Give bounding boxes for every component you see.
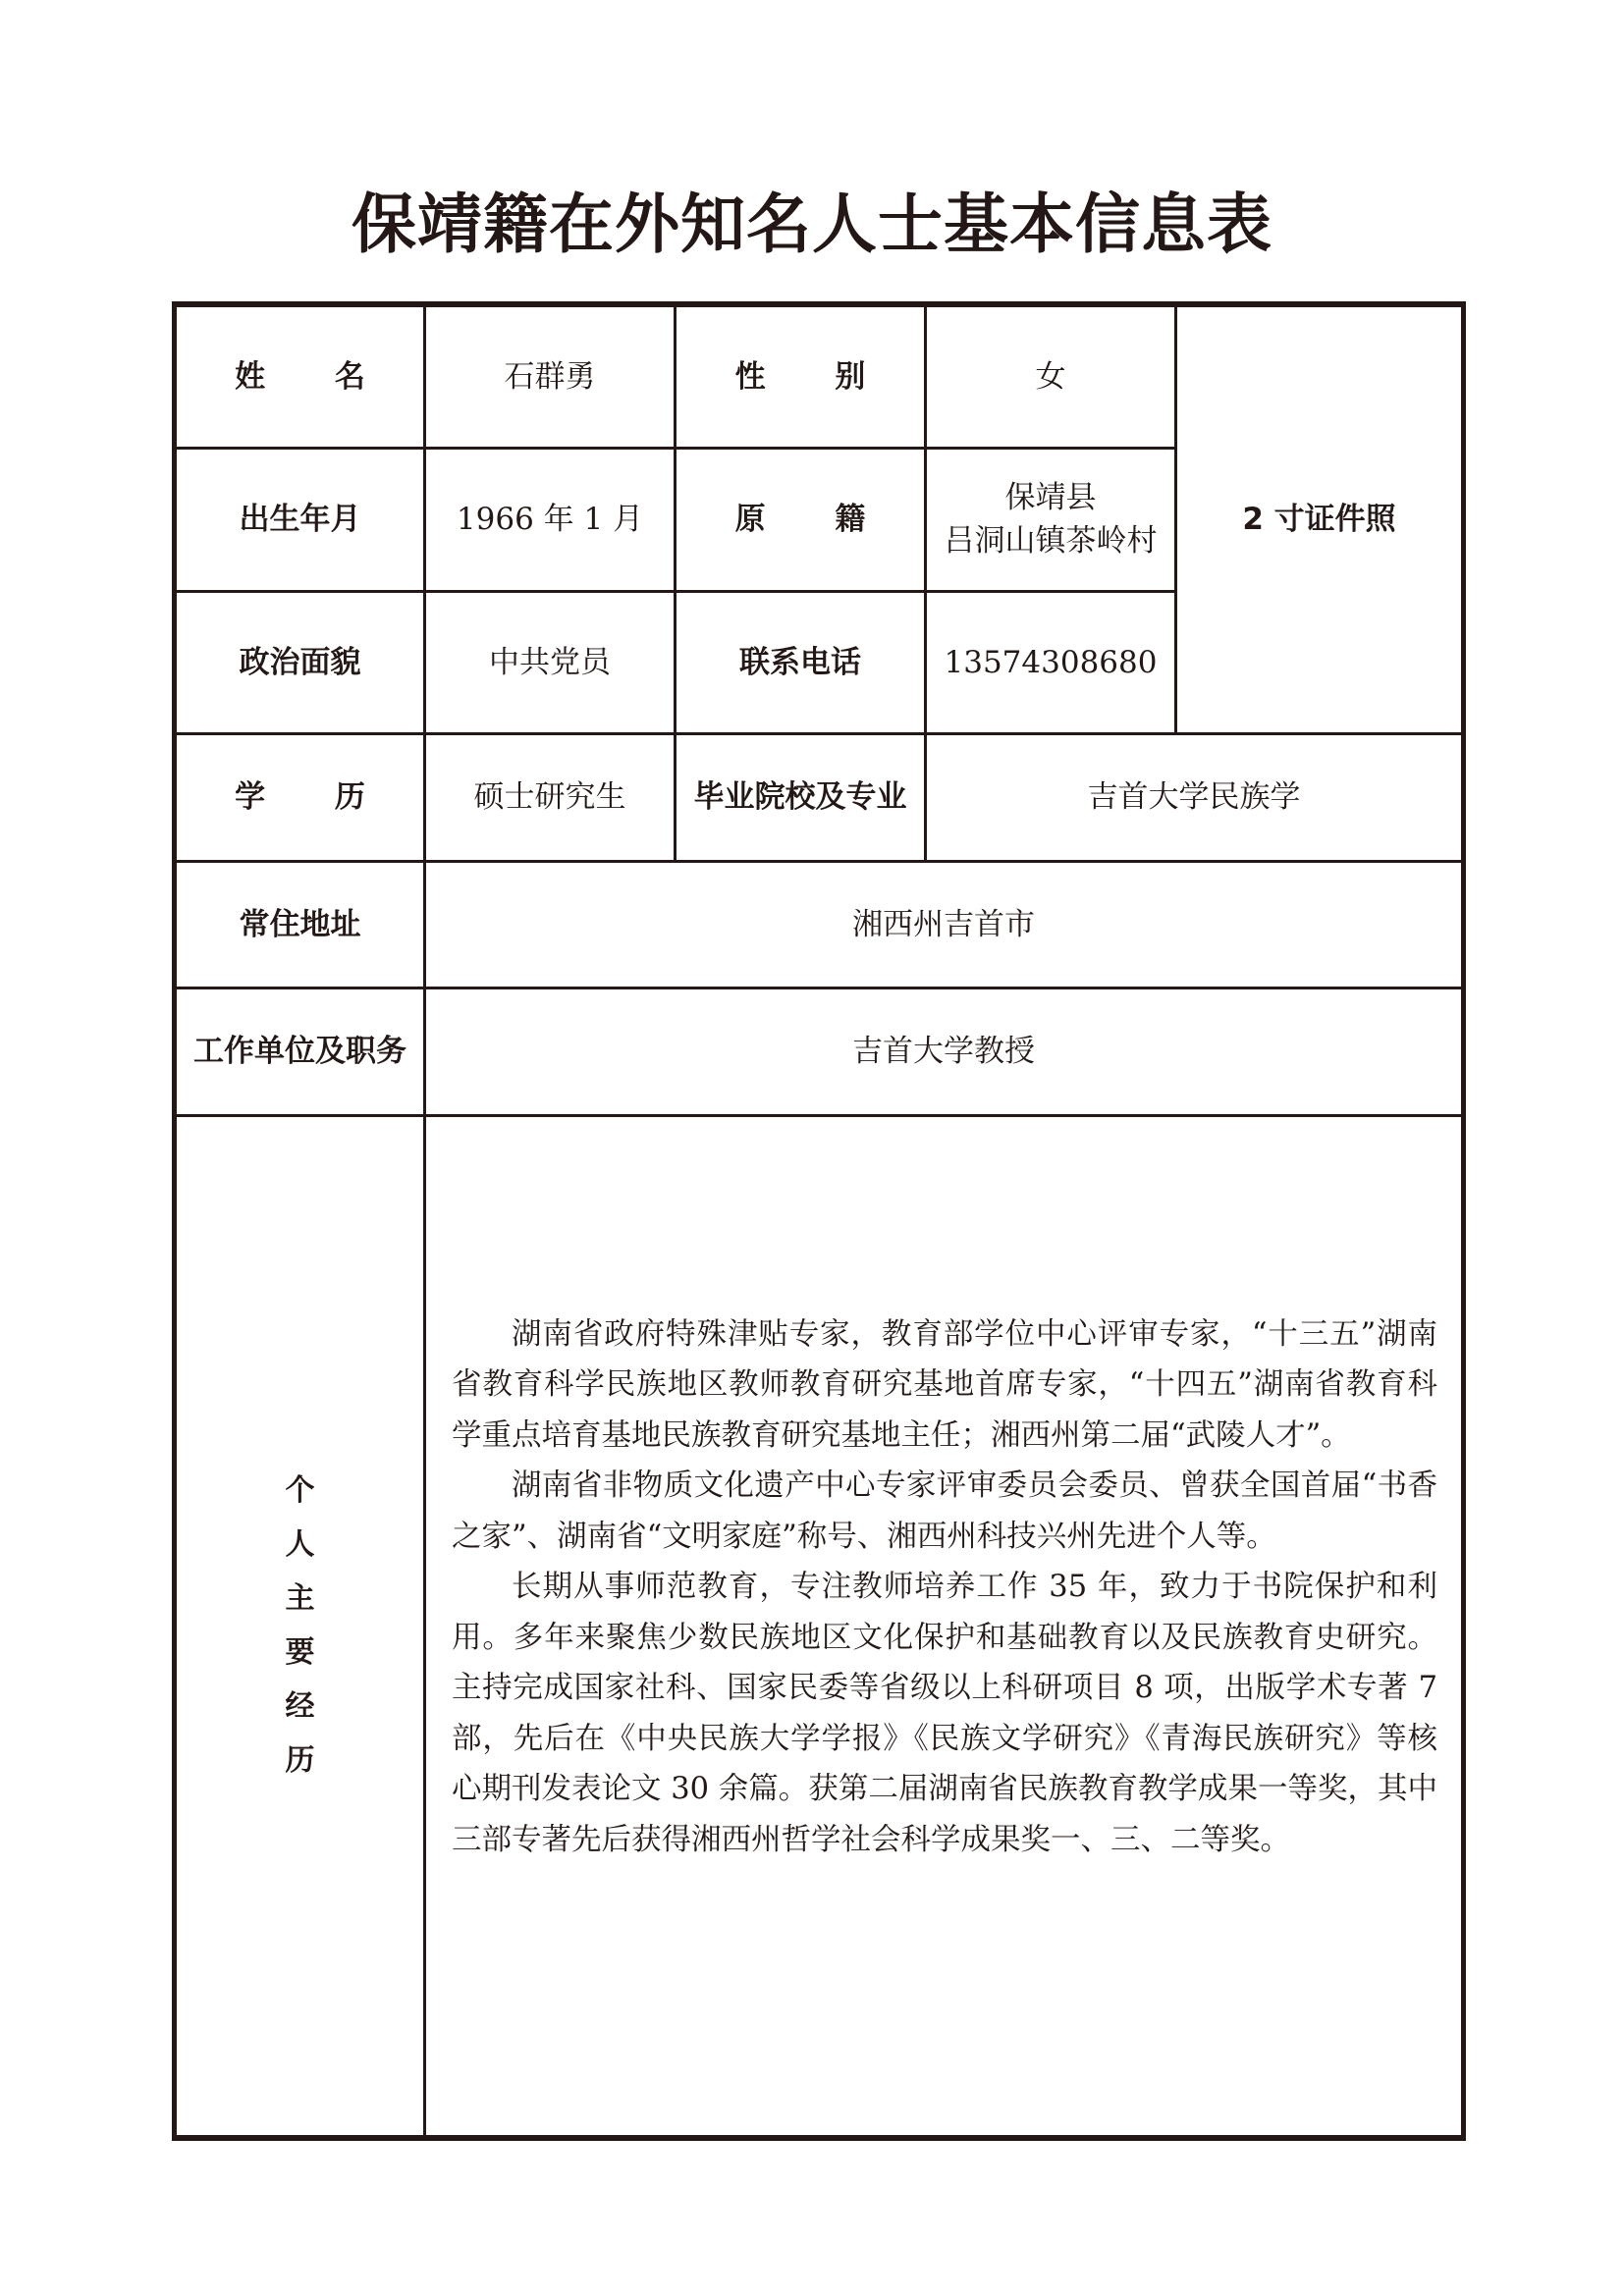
experience-paragraph: 湖南省政府特殊津贴专家，教育部学位中心评审专家，“十三五”湖南省教育科学民族地区… [452,1309,1437,1462]
row-experience: 个 人 主 要 经 历 湖南省政府特殊津贴专家，教育部学位中心评审专家，“十三五… [175,1115,1464,2138]
school-label: 毕业院校及专业 [676,733,926,861]
experience-paragraph: 湖南省非物质文化遗产中心专家评审委员会委员、曾获全国首届“书香之家”、湖南省“文… [452,1461,1437,1562]
experience-paragraph: 长期从事师范教育，专注教师培养工作 35 年，致力于书院保护和利用。多年来聚焦少… [452,1562,1437,1865]
origin-value: 保靖县 吕洞山镇茶岭村 [926,448,1176,591]
gender-label: 性 别 [676,304,926,448]
work-label: 工作单位及职务 [175,988,425,1115]
page-title: 保靖籍在外知名人士基本信息表 [0,185,1624,263]
experience-label: 个 人 主 要 经 历 [175,1115,425,2138]
experience-label-text: 个 人 主 要 经 历 [281,1464,320,1788]
school-value: 吉首大学民族学 [926,733,1464,861]
row-name: 姓 名 石群勇 性 别 女 2 寸证件照 [175,304,1464,448]
birth-label: 出生年月 [175,448,425,591]
experience-text: 湖南省政府特殊津贴专家，教育部学位中心评审专家，“十三五”湖南省教育科学民族地区… [426,1117,1461,1866]
birth-value: 1966 年 1 月 [425,448,676,591]
political-label: 政治面貌 [175,591,425,733]
photo-placeholder: 2 寸证件照 [1176,304,1464,733]
work-value: 吉首大学教授 [425,988,1464,1115]
origin-value-line2: 吕洞山镇茶岭村 [927,519,1174,562]
name-value: 石群勇 [425,304,676,448]
phone-value: 13574308680 [926,591,1176,733]
row-work: 工作单位及职务 吉首大学教授 [175,988,1464,1115]
name-label: 姓 名 [175,304,425,448]
info-table: 姓 名 石群勇 性 别 女 2 寸证件照 出生年月 1966 年 1 月 原 籍… [172,301,1466,2141]
gender-value: 女 [926,304,1176,448]
education-value: 硕士研究生 [425,733,676,861]
education-label: 学 历 [175,733,425,861]
row-education: 学 历 硕士研究生 毕业院校及专业 吉首大学民族学 [175,733,1464,861]
row-address: 常住地址 湘西州吉首市 [175,861,1464,988]
political-value: 中共党员 [425,591,676,733]
address-label: 常住地址 [175,861,425,988]
origin-value-line1: 保靖县 [927,476,1174,519]
phone-label: 联系电话 [676,591,926,733]
origin-label: 原 籍 [676,448,926,591]
experience-value: 湖南省政府特殊津贴专家，教育部学位中心评审专家，“十三五”湖南省教育科学民族地区… [425,1115,1464,2138]
address-value: 湘西州吉首市 [425,861,1464,988]
